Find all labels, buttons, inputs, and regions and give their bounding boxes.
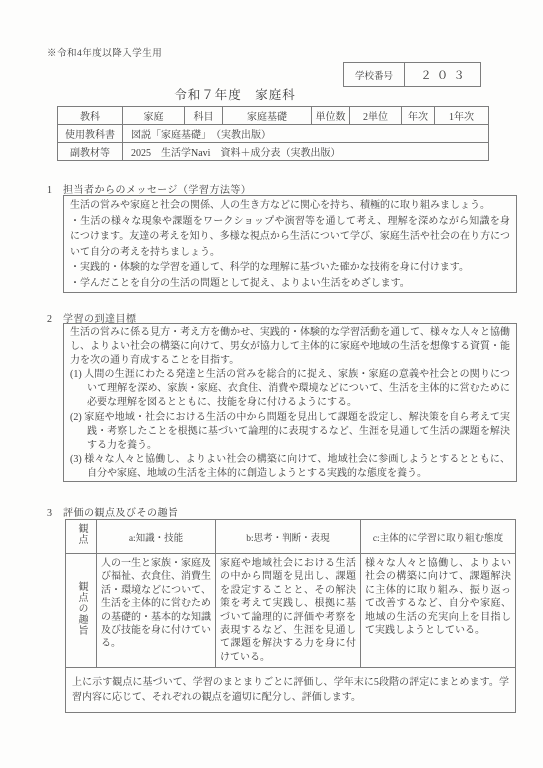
- subject-value: 家庭: [123, 107, 185, 125]
- section3-heading: 3 評価の観点及びその趣旨: [47, 504, 179, 519]
- evaluation-table: 観点 a:知識・技能 b:思考・判断・表現 c:主体的に学習に取り組む態度 観点…: [65, 519, 516, 713]
- message-line: 生活の営みや家庭と社会の関係、人の生き方などに関心を持ち、積極的に取り組みましょ…: [70, 198, 510, 214]
- section2-goals-box: 生活の営みに係る見方・考え方を働かせ、実践的・体験的な学習活動を通して、様々な人…: [63, 323, 517, 482]
- column-c-header: c:主体的に学習に取り組む態度: [361, 520, 516, 554]
- goal-item: (3) 様々な人々と協働し、よりよい社会の構築に向けて、地域社会に参画しようとす…: [70, 453, 510, 481]
- entry-year-note: ※令和4年度以降入学生用: [47, 45, 162, 59]
- course-value: 家庭基礎: [223, 107, 312, 125]
- credits-label: 単位数: [312, 107, 350, 125]
- message-line: ・学んだことを自分の生活の問題として捉え、よりよい生活をめざします。: [70, 276, 510, 292]
- page-title: 令和７年度 家庭科: [0, 85, 470, 103]
- section1-heading: 1 担当者からのメッセージ（学習方法等）: [47, 181, 251, 196]
- table-row: 使用教科書 図説「家庭基礎」 （実教出版）: [58, 125, 489, 143]
- evaluation-footer-note: 上に示す観点に基づいて、学習のまとまりごとに評価し、学年末に5段階の評定にまとめ…: [66, 668, 516, 713]
- column-c-body: 様々な人々と協働し、よりよい社会の構築に向けて、課題解決に主体的に取り組み、振り…: [361, 554, 516, 668]
- section1-message-box: 生活の営みや家庭と社会の関係、人の生き方などに関心を持ち、積極的に取り組みましょ…: [63, 195, 517, 293]
- column-b-body: 家庭や地域社会における生活の中から問題を見出し、課題を設定することと、その解決策…: [216, 554, 361, 668]
- column-a-body: 人の一生と家族・家庭及び福祉、衣食住、消費生活・環境などについて、生活を主体的に…: [97, 554, 216, 668]
- course-info-table: 教科 家庭 科目 家庭基礎 単位数 2単位 年次 1年次 使用教科書 図説「家庭…: [57, 106, 489, 161]
- table-row: 上に示す観点に基づいて、学習のまとまりごとに評価し、学年末に5段階の評定にまとめ…: [66, 668, 516, 713]
- viewpoint-corner-label: 観点: [76, 523, 86, 545]
- year-label: 年次: [402, 107, 435, 125]
- viewpoint-purport-label: 観点の趣旨: [76, 581, 86, 636]
- message-line: ・生活の様々な現象や課題をワークショップや演習等を通して考え、理解を深めながら知…: [70, 214, 510, 261]
- textbook-label: 使用教科書: [58, 125, 123, 143]
- viewpoint-corner-cell: 観点: [66, 520, 97, 554]
- viewpoint-purport-cell: 観点の趣旨: [66, 554, 97, 668]
- goals-intro: 生活の営みに係る見方・考え方を働かせ、実践的・体験的な学習活動を通して、様々な人…: [70, 326, 510, 368]
- year-value: 1年次: [435, 107, 489, 125]
- supplement-label: 副教材等: [58, 143, 123, 161]
- message-line: ・実践的・体験的な学習を通して、科学的な理解に基づいた確かな技術を身に付けます。: [70, 260, 510, 276]
- table-row: 観点 a:知識・技能 b:思考・判断・表現 c:主体的に学習に取り組む態度: [66, 520, 516, 554]
- table-row: 副教材等 2025 生活学Navi 資料＋成分表（実教出版）: [58, 143, 489, 161]
- scanned-syllabus-page: { "header": { "note": "※令和4年度以降入学生用", "s…: [0, 0, 543, 768]
- credits-value: 2単位: [350, 107, 402, 125]
- column-b-header: b:思考・判断・表現: [216, 520, 361, 554]
- textbook-value: 図説「家庭基礎」 （実教出版）: [123, 125, 489, 143]
- table-row: 観点の趣旨 人の一生と家族・家庭及び福祉、衣食住、消費生活・環境などについて、生…: [66, 554, 516, 668]
- course-label: 科目: [185, 107, 223, 125]
- goal-item: (1) 人間の生涯にわたる発達と生活の営みを総合的に捉え、家族・家庭の意義や社会…: [70, 368, 510, 410]
- school-number-box: 学校番号 ２０３: [343, 62, 481, 87]
- column-a-header: a:知識・技能: [97, 520, 216, 554]
- supplement-value: 2025 生活学Navi 資料＋成分表（実教出版）: [123, 143, 489, 161]
- goal-item: (2) 家庭や地域・社会における生活の中から問題を見出して課題を設定し、解決策を…: [70, 411, 510, 453]
- table-row: 教科 家庭 科目 家庭基礎 単位数 2単位 年次 1年次: [58, 107, 489, 125]
- school-number-label: 学校番号: [344, 63, 405, 86]
- subject-label: 教科: [58, 107, 123, 125]
- school-number-value: ２０３: [405, 63, 480, 86]
